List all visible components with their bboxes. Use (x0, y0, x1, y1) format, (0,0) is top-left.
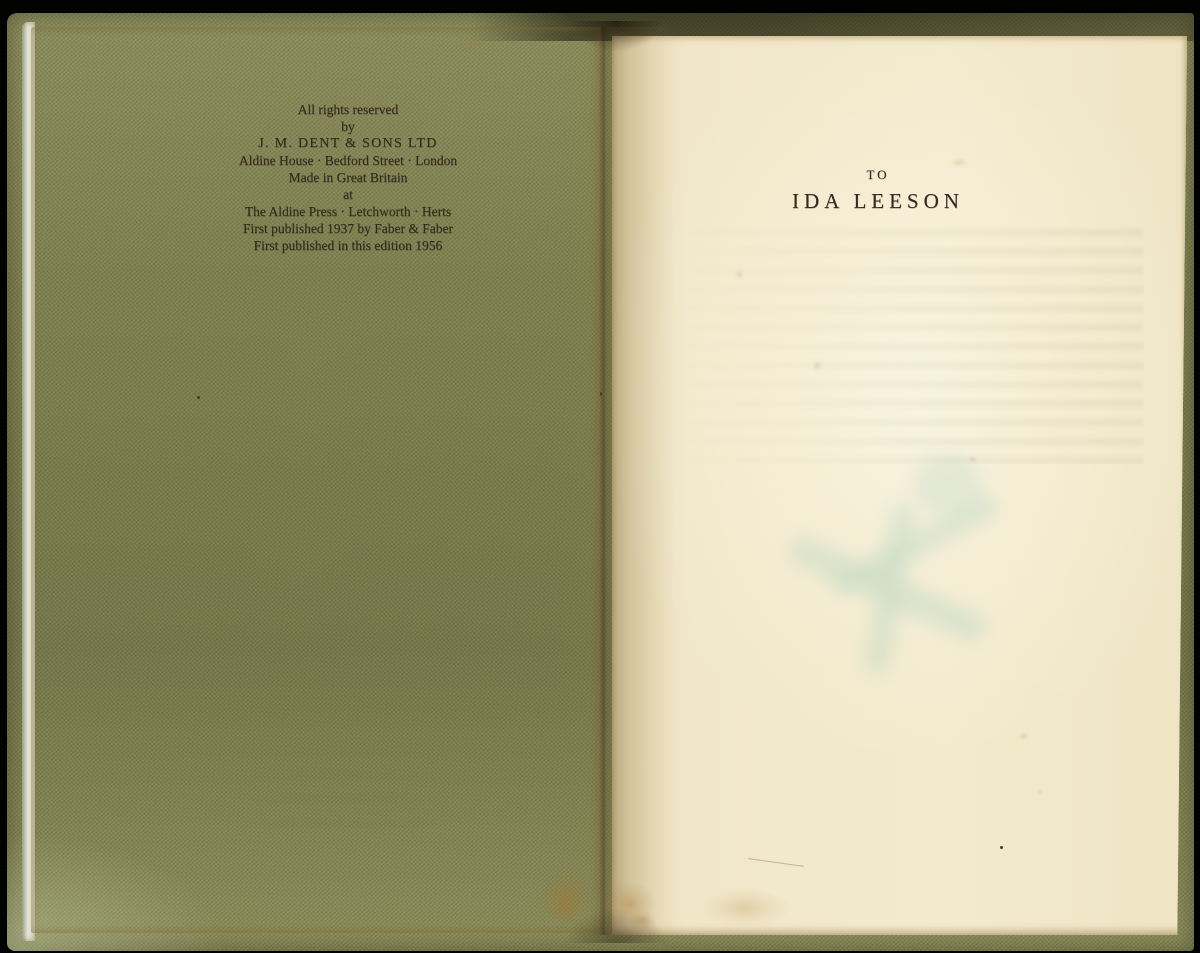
show-through-shape (912, 454, 982, 514)
show-through-shape (827, 492, 1002, 600)
show-through-illustration-left (171, 277, 451, 717)
show-through-text-right (672, 226, 1144, 464)
imprint-text-block: All rights reserved by J. M. DENT & SONS… (178, 101, 518, 254)
imprint-line: by (178, 118, 518, 135)
imprint-line-publisher: J. M. DENT & SONS LTD (178, 135, 518, 152)
imprint-line: First published in this edition 1956 (178, 237, 518, 254)
dedication-name: IDA LEESON (728, 189, 1028, 214)
imprint-line: The Aldine Press · Letchworth · Herts (178, 203, 518, 220)
show-through-illustration-right (762, 464, 1052, 699)
imprint-line: All rights reserved (178, 101, 518, 118)
show-through-text-left (226, 742, 461, 828)
dedication-block: TO IDA LEESON (728, 167, 1028, 214)
imprint-page: All rights reserved by J. M. DENT & SONS… (31, 27, 601, 933)
imprint-line: at (178, 186, 518, 203)
imprint-line: Made in Great Britain (178, 169, 518, 186)
imprint-line: Aldine House · Bedford Street · London (178, 152, 518, 169)
imprint-line: First published 1937 by Faber & Faber (178, 220, 518, 237)
dedication-to: TO (728, 167, 1028, 183)
book-spread-photo: All rights reserved by J. M. DENT & SONS… (0, 0, 1200, 953)
dedication-page: TO IDA LEESON (612, 36, 1187, 935)
